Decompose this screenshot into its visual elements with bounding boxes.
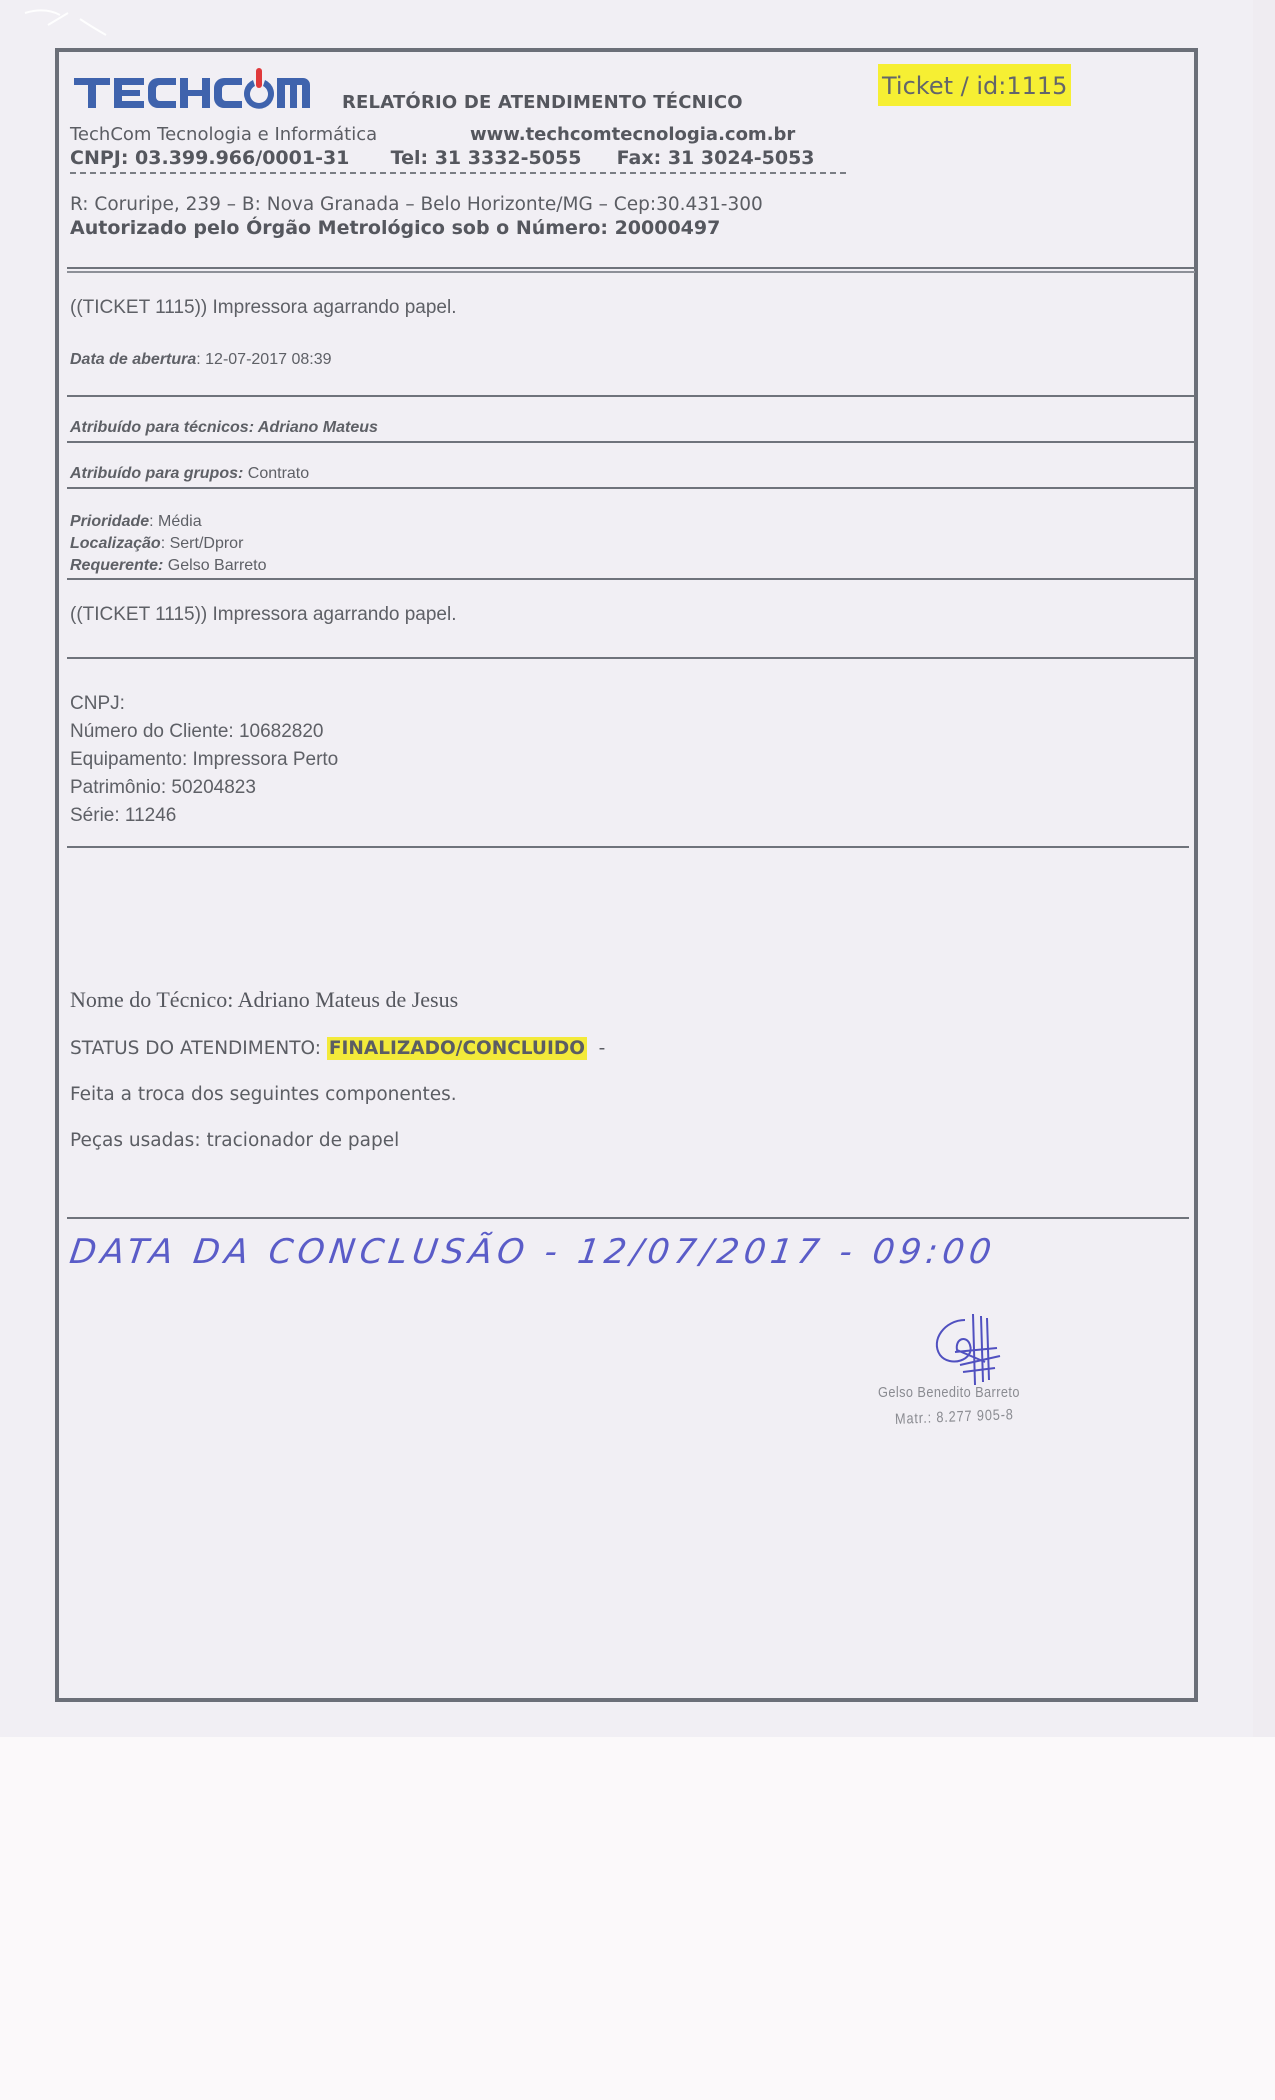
client-number: Número do Cliente: 10682820 [70, 718, 338, 746]
assigned-groups-label: Atribuído para grupos: [70, 465, 243, 482]
opening-date-value: : 12-07-2017 08:39 [196, 351, 331, 368]
location-row: Localização: Sert/Dpror [70, 533, 267, 555]
company-address: R: Coruripe, 239 – B: Nova Granada – Bel… [70, 194, 763, 215]
divider [67, 657, 1195, 659]
company-name: TechCom Tecnologia e Informática [70, 124, 377, 145]
company-contact-line: CNPJ: 03.399.966/0001-31 Tel: 31 3332-50… [70, 147, 815, 169]
divider [67, 441, 1195, 443]
requester-value: Gelso Barreto [163, 557, 266, 574]
techcom-logo [72, 66, 312, 112]
status-badge: FINALIZADO/CONCLUIDO [327, 1037, 587, 1060]
requester-label: Requerente: [70, 557, 163, 574]
company-cnpj: CNPJ: 03.399.966/0001-31 [70, 147, 349, 169]
priority-value: : Média [149, 513, 201, 530]
ticket-attributes: Prioridade: Média Localização: Sert/Dpro… [70, 511, 267, 577]
divider [67, 487, 1195, 489]
ticket-id-badge: Ticket / id:1115 [878, 64, 1071, 106]
company-website[interactable]: www.techcomtecnologia.com.br [470, 124, 795, 145]
company-phone: Tel: 31 3332-5055 [391, 147, 582, 169]
assigned-technicians-value: Adriano Mateus [254, 419, 378, 436]
status-label: STATUS DO ATENDIMENTO: [70, 1038, 327, 1059]
client-cnpj: CNPJ: [70, 690, 338, 718]
asset-number: Patrimônio: 50204823 [70, 774, 338, 802]
divider [67, 846, 1189, 848]
metrology-authorization: Autorizado pelo Órgão Metrológico sob o … [70, 217, 720, 239]
opening-date-label: Data de abertura [70, 351, 196, 368]
dashed-divider [70, 172, 846, 174]
assigned-technicians-label: Atribuído para técnicos: [70, 419, 254, 436]
opening-date: Data de abertura: 12-07-2017 08:39 [70, 351, 331, 369]
divider [67, 578, 1195, 580]
ticket-title: ((TICKET 1115)) Impressora agarrando pap… [70, 297, 457, 319]
handwritten-completion-date: DATA DA CONCLUSÃO - 12/07/2017 - 09:00 [67, 1232, 998, 1272]
work-performed: Feita a troca dos seguintes componentes. [70, 1084, 457, 1105]
location-label: Localização [70, 535, 161, 552]
ticket-description: ((TICKET 1115)) Impressora agarrando pap… [70, 604, 457, 626]
report-title: RELATÓRIO DE ATENDIMENTO TÉCNICO [342, 92, 743, 113]
signature-icon [925, 1310, 1015, 1390]
serial-number: Série: 11246 [70, 802, 338, 830]
status-suffix: - [587, 1038, 605, 1059]
assigned-groups-value: Contrato [243, 465, 309, 482]
divider [67, 395, 1195, 397]
paper-crease-mark [20, 5, 110, 45]
header-divider [67, 267, 1195, 269]
technician-name: Nome do Técnico: Adriano Mateus de Jesus [70, 987, 458, 1013]
stamp-name: Gelso Benedito Barreto [878, 1384, 1020, 1401]
parts-used: Peças usadas: tracionador de papel [70, 1130, 399, 1151]
assigned-technicians: Atribuído para técnicos: Adriano Mateus [70, 419, 378, 437]
equipment-details: CNPJ: Número do Cliente: 10682820 Equipa… [70, 690, 338, 830]
equipment-name: Equipamento: Impressora Perto [70, 746, 338, 774]
company-fax: Fax: 31 3024-5053 [617, 147, 815, 169]
divider [67, 1217, 1189, 1219]
priority-row: Prioridade: Média [70, 511, 267, 533]
assigned-groups: Atribuído para grupos: Contrato [70, 465, 309, 483]
service-status: STATUS DO ATENDIMENTO: FINALIZADO/CONCLU… [70, 1038, 605, 1059]
priority-label: Prioridade [70, 513, 149, 530]
location-value: : Sert/Dpror [161, 535, 244, 552]
requester-row: Requerente: Gelso Barreto [70, 555, 267, 577]
